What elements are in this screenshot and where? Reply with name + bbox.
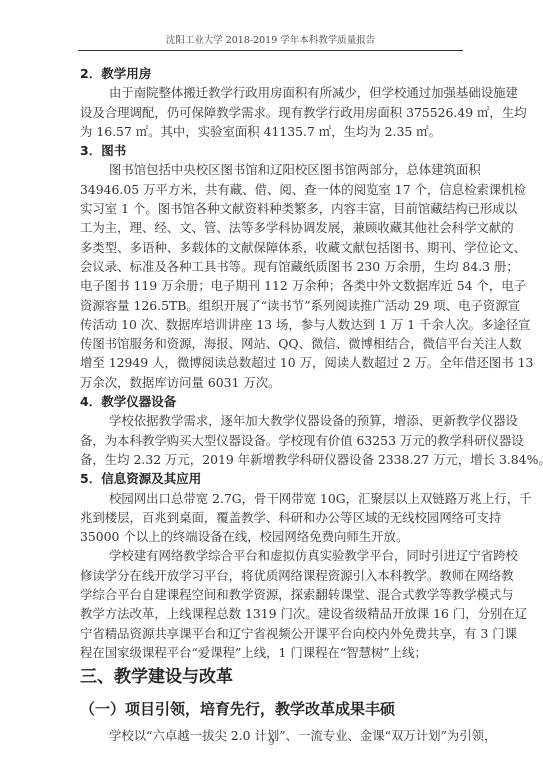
paragraph-line: 由于南院整体搬迁教学行政用房面积有所减少，但学校通过加强基础设施建 bbox=[80, 83, 463, 102]
page-content: 2．教学用房 由于南院整体搬迁教学行政用房面积有所减少，但学校通过加强基础设施建… bbox=[80, 64, 463, 746]
paragraph-line: 实习室 1 个。图书馆各种文献资料种类繁多，内容丰富，目前馆藏结构已形成以 bbox=[80, 199, 463, 218]
paragraph-line: 备，为本科教学购买大型仪器设备。学校现有价值 63253 万元的教学科研仪器设 bbox=[80, 431, 463, 450]
chapter-heading: 三、教学建设与改革 bbox=[80, 664, 463, 692]
paragraph-line: 增至 12949 人，微博阅读总数超过 10 万，阅读人数超过 2 万。全年借还… bbox=[80, 353, 463, 372]
paragraph-line: 兆到楼层，百兆到桌面，覆盖教学、科研和办公等区域的无线校园网络可支持 bbox=[80, 508, 463, 527]
paragraph-line: 宁省精品资源共享课平台和辽宁省视频公开课平台向校内外免费共享，有 3 门课 bbox=[80, 624, 463, 643]
paragraph-line: 教学方法改革，上线课程总数 1319 门次。建设省级精品开放课 16 门，分别在… bbox=[80, 604, 463, 623]
paragraph-line: 学校依据教学需求，逐年加大教学仪器设备的预算，增添、更新教学仪器设 bbox=[80, 411, 463, 430]
paragraph-line: 程在国家级课程平台“爱课程”上线，1 门课程在“智慧树”上线； bbox=[80, 643, 463, 662]
paragraph-line: 学综合平台自建课程空间和教学资源，探索翻转课堂、混合式教学等教学模式与 bbox=[80, 585, 463, 604]
paragraph-line: 万余次，数据库访问量 6031 万次。 bbox=[80, 373, 463, 392]
page-number: 9 bbox=[0, 738, 543, 748]
subsection-heading: （一）项目引领，培育先行，教学改革成果丰硕 bbox=[80, 696, 463, 726]
paragraph-line: 多类型、多语种、多载体的文献保障体系，收藏文献包括图书、期刊、学位论文、 bbox=[80, 238, 463, 257]
running-header: 沈阳工业大学 2018-2019 学年本科教学质量报告 bbox=[78, 35, 463, 47]
paragraph-line: 35000 个以上的终端设备在线，校园网络免费向师生开放。 bbox=[80, 527, 463, 546]
header-rule bbox=[78, 50, 463, 51]
paragraph-line: 为 16.57 ㎡。其中，实验室面积 41135.7 ㎡，生均为 2.35 ㎡。 bbox=[80, 122, 463, 141]
paragraph-line: 传活动 10 次、数据库培训讲座 13 场，参与人数达到 1 万 1 千余人次。… bbox=[80, 315, 463, 334]
paragraph-line: 工为主，理、经、文、管、法等多学科协调发展，兼顾收藏其他社会科学文献的 bbox=[80, 218, 463, 237]
paragraph-line: 电子图书 119 万余册；电子期刊 112 万余种；各类中外文数据库近 54 个… bbox=[80, 276, 463, 295]
paragraph-line: 传图书馆服务和资源，海报、网站、QQ、微信、微博相结合，微信平台关注人数 bbox=[80, 334, 463, 353]
paragraph-line: 学校建有网络教学综合平台和虚拟仿真实验教学平台，同时引进辽宁省跨校 bbox=[80, 546, 463, 565]
document-page: 沈阳工业大学 2018-2019 学年本科教学质量报告 2．教学用房 由于南院整… bbox=[0, 0, 543, 768]
paragraph-line: 资源容量 126.5TB。组织开展了“读书节”系列阅读推广活动 29 项、电子资… bbox=[80, 296, 463, 315]
paragraph-line: 修读学分在线开放学习平台，将优质网络课程资源引入本科教学。教师在网络教 bbox=[80, 566, 463, 585]
paragraph-line: 设及合理调配，仍可保障教学需求。现有教学行政用房面积 375526.49 ㎡，生… bbox=[80, 103, 463, 122]
paragraph-line: 校园网出口总带宽 2.7G，骨干网带宽 10G，汇聚层以上双链路万兆上行，千 bbox=[80, 489, 463, 508]
paragraph-line: 图书馆包括中央校区图书馆和辽阳校区图书馆两部分，总体建筑面积 bbox=[80, 160, 463, 179]
paragraph-line: 备，生均 2.32 万元，2019 年新增教学科研仪器设备 2338.27 万元… bbox=[80, 450, 463, 469]
paragraph-line: 会议录、标准及各种工具书等。现有馆藏纸质图书 230 万余册，生均 84.3 册… bbox=[80, 257, 463, 276]
section-heading-library: 3．图书 bbox=[80, 141, 463, 160]
section-heading-teaching-buildings: 2．教学用房 bbox=[80, 64, 463, 83]
section-heading-information-resources: 5．信息资源及其应用 bbox=[80, 469, 463, 488]
section-heading-equipment: 4．教学仪器设备 bbox=[80, 392, 463, 411]
paragraph-line: 34946.05 万平方米，共有藏、借、阅、查一体的阅览室 17 个，信息检索课… bbox=[80, 180, 463, 199]
